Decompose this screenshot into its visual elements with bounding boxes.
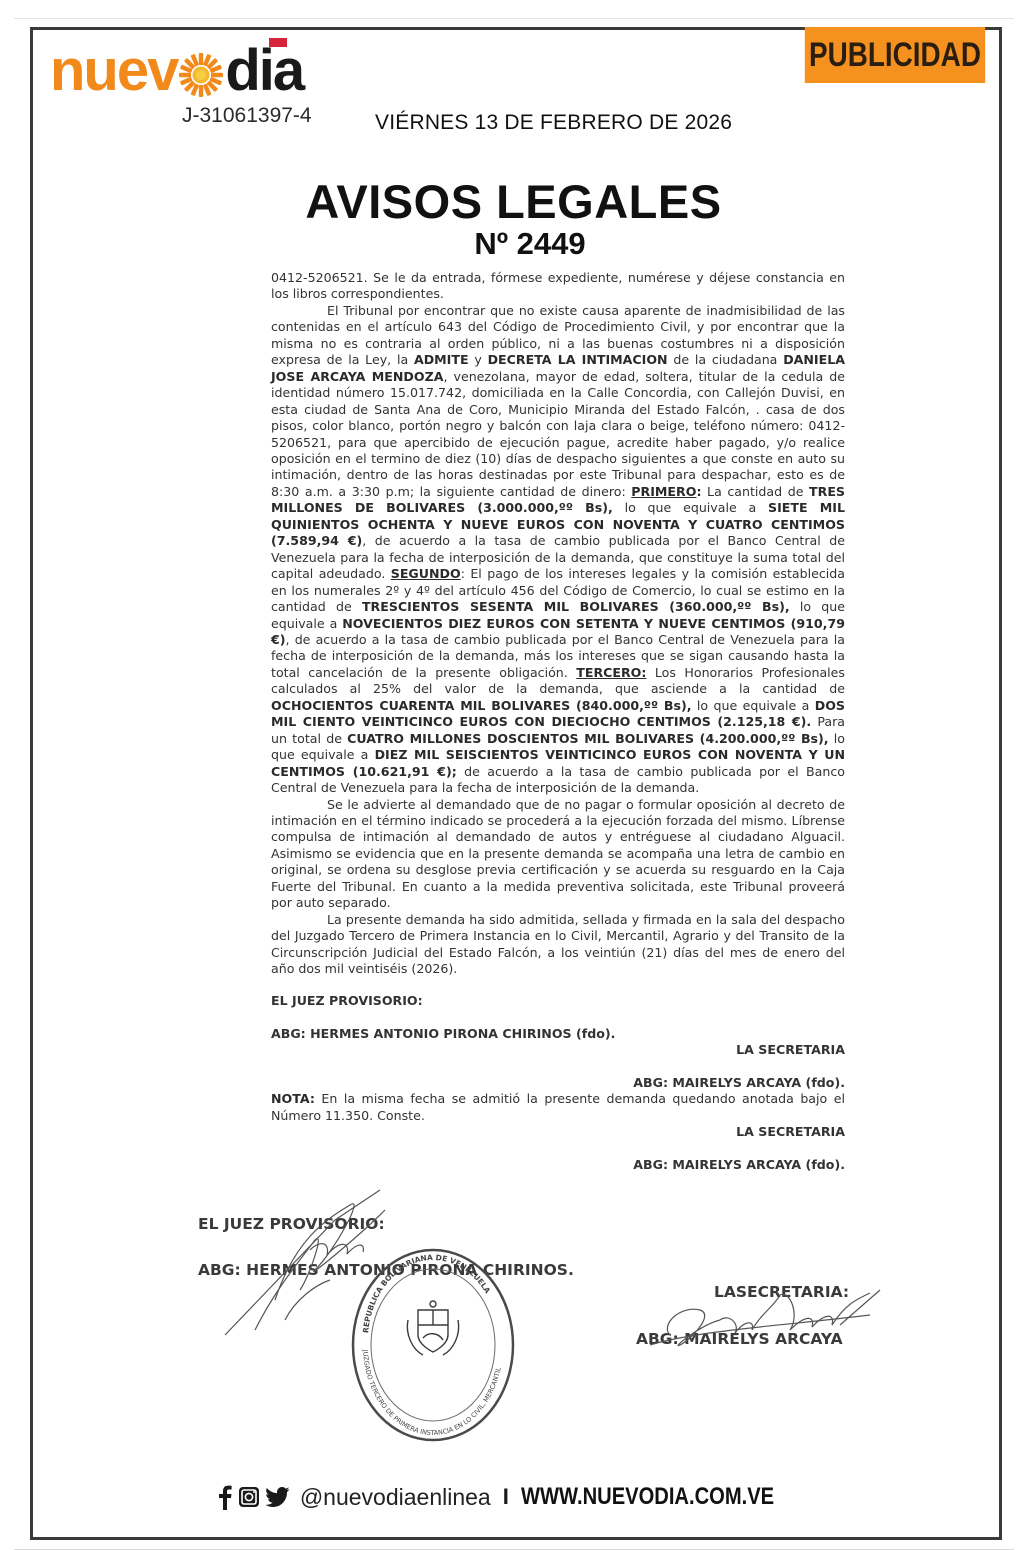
svg-text:REPUBLICA BOLIVARIANA DE VENEZ: REPUBLICA BOLIVARIANA DE VENEZUELA (361, 1253, 492, 1334)
rif-number: J-31061397-4 (182, 104, 312, 128)
logo-text-part1: nuev (50, 42, 177, 100)
note-paragraph: NOTA: En la misma fecha se admitió la pr… (271, 1091, 845, 1124)
secretary-label: LA SECRETARIA (271, 1042, 845, 1058)
secretary-name: ABG: MAIRELYS ARCAYA (fdo). (271, 1075, 845, 1091)
judge-name: ABG: HERMES ANTONIO PIRONA CHIRINOS (fdo… (271, 1026, 845, 1042)
judge-label: EL JUEZ PROVISORIO: (271, 993, 845, 1009)
publicidad-badge: PUBLICIDAD (805, 27, 985, 83)
paragraph-admission: El Tribunal por encontrar que no existe … (271, 303, 845, 797)
issue-number: Nº 2449 (0, 226, 1027, 262)
coat-of-arms-icon (407, 1301, 458, 1355)
twitter-icon[interactable] (266, 1487, 290, 1507)
logo-accent-bar (269, 38, 287, 47)
paragraph-intro: 0412-5206521. Se le da entrada, fórmese … (271, 270, 845, 303)
secretary-handwritten-signature (640, 1285, 890, 1365)
footer: @nuevodiaenlinea I WWW.NUEVODIA.COM.VE (0, 1483, 1027, 1511)
nuevodia-logo: nuev (50, 40, 303, 100)
logo-text-part2: dia (225, 42, 303, 100)
instagram-icon[interactable] (238, 1486, 260, 1508)
website-link[interactable]: WWW.NUEVODIA.COM.VE (521, 1483, 774, 1511)
legal-notice-body: 0412-5206521. Se le da entrada, fórmese … (271, 270, 845, 1173)
paragraph-warning: Se le advierte al demandado que de no pa… (271, 797, 845, 912)
secretary-label-2: LA SECRETARIA (271, 1124, 845, 1140)
page-title: AVISOS LEGALES (0, 174, 1027, 229)
footer-separator: I (503, 1484, 509, 1510)
court-seal-stamp: REPUBLICA BOLIVARIANA DE VENEZUELA JUZGA… (343, 1245, 523, 1445)
secretary-name-2: ABG: MAIRELYS ARCAYA (fdo). (271, 1157, 845, 1173)
facebook-icon[interactable] (218, 1484, 232, 1510)
sun-icon (178, 50, 224, 96)
publication-date: VIÉRNES 13 DE FEBRERO DE 2026 (375, 111, 732, 135)
social-handle[interactable]: @nuevodiaenlinea (300, 1484, 491, 1511)
paragraph-admitted: La presente demanda ha sido admitida, se… (271, 912, 845, 978)
